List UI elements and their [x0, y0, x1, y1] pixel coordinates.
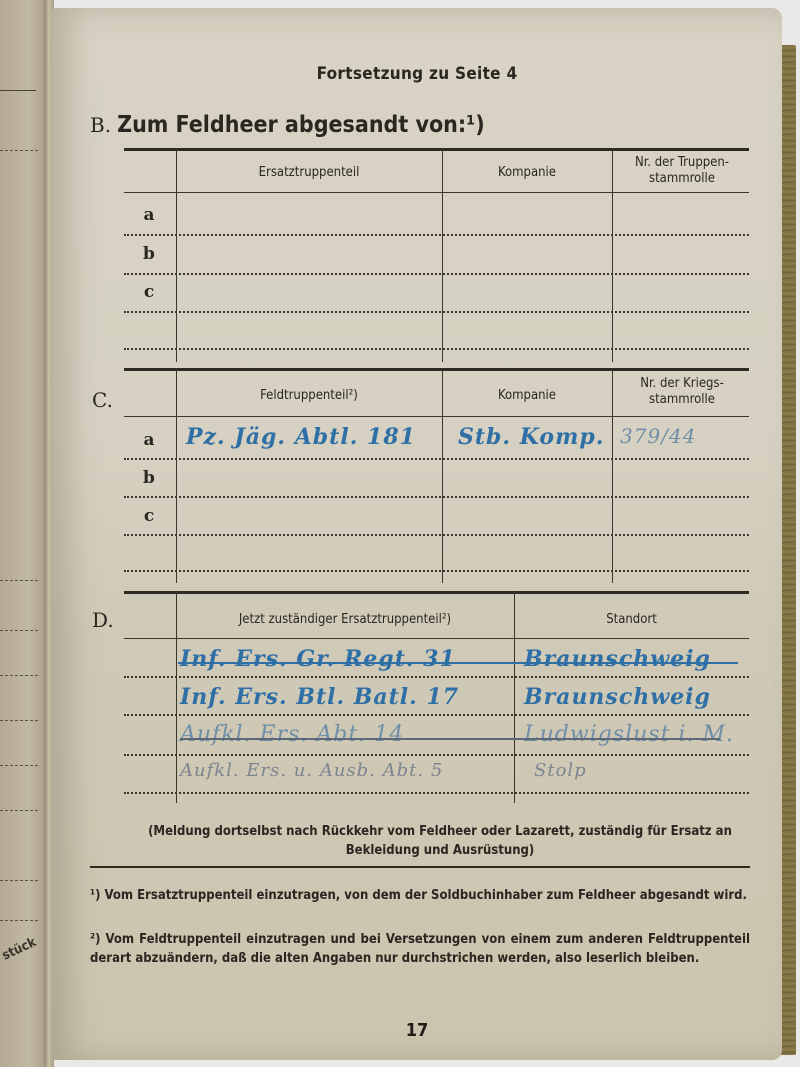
section-d-row-3-strikethrough [180, 738, 720, 740]
left-page-dotted-line [0, 580, 38, 581]
section-b-col-stammrolle-line2: stammrolle [612, 171, 752, 187]
left-page-dotted-line [0, 150, 38, 151]
left-page-word: stück [0, 935, 39, 964]
section-b-row-label-a: a [124, 205, 174, 225]
section-b-heading: Zum Feldheer abgesandt von:¹) [117, 112, 485, 138]
section-c-row-label-b: b [124, 468, 174, 488]
section-c-row-line [124, 496, 749, 498]
section-d-col-standort: Standort [514, 612, 749, 628]
section-c-row-line [124, 534, 749, 536]
section-c-header-rule [124, 416, 749, 417]
section-d-row-1-truppenteil: Inf. Ers. Gr. Regt. 31 [180, 646, 456, 672]
section-d-row-line [124, 676, 749, 678]
left-page-dotted-line [0, 630, 38, 631]
section-b-header-rule [124, 192, 749, 193]
section-d-row-1-standort: Braunschweig [524, 646, 711, 672]
section-c-col-stammrolle-line2: stammrolle [612, 392, 752, 408]
continuation-heading: Fortsetzung zu Seite 4 [52, 64, 782, 84]
section-d-row-3-standort: Ludwigslust i. M. [524, 722, 734, 747]
section-c-col-kompanie: Kompanie [442, 388, 612, 404]
section-b-col-stammrolle: Nr. der Truppen- stammrolle [612, 155, 752, 187]
section-d-letter: D. [92, 608, 114, 632]
section-b-top-rule [124, 148, 749, 151]
section-d-header-rule [124, 638, 749, 639]
section-b-col-stammrolle-line1: Nr. der Truppen- [612, 155, 752, 171]
section-d-row-line [124, 792, 749, 794]
section-c-col-feldtruppenteil: Feldtruppenteil²) [176, 388, 442, 404]
section-c-row-line [124, 570, 749, 572]
section-d-row-4-truppenteil: Aufkl. Ers. u. Ausb. Abt. 5 [180, 760, 443, 781]
left-page-dotted-line [0, 765, 38, 766]
section-d-row-2-standort: Braunschweig [524, 684, 711, 710]
section-d-col-truppenteil: Jetzt zuständiger Ersatztruppenteil²) [176, 612, 514, 628]
footnote-2: ²) Vom Feldtruppenteil einzutragen und b… [90, 930, 750, 968]
section-b-row-label-b: b [124, 244, 174, 264]
section-c-row-label-c: c [124, 506, 174, 526]
section-b-col-kompanie: Kompanie [442, 165, 612, 181]
left-page-dotted-line [0, 810, 38, 811]
left-page-dotted-line [0, 920, 38, 921]
left-page-dotted-line [0, 675, 38, 676]
left-page-dotted-line [0, 720, 38, 721]
section-c-row-label-a: a [124, 430, 174, 450]
section-c-row-a-kompanie: Stb. Komp. [458, 424, 604, 450]
section-b-letter: B. [90, 113, 111, 137]
section-b-title: B.Zum Feldheer abgesandt von:¹) [90, 112, 485, 138]
footnote-rule [90, 866, 750, 868]
section-d-row-4-standort: Stolp [534, 760, 587, 781]
section-b-row-label-c: c [124, 282, 174, 302]
section-d-row-1-strikethrough [178, 662, 738, 664]
footnote-1: ¹) Vom Ersatztruppenteil einzutragen, vo… [90, 886, 750, 905]
section-d-note: (Meldung dortselbst nach Rückkehr vom Fe… [120, 822, 760, 860]
section-c-col-stammrolle: Nr. der Kriegs- stammrolle [612, 376, 752, 408]
section-b-row-line [124, 234, 749, 236]
section-c-row-line [124, 458, 749, 460]
section-c-row-a-nr: 379/44 [620, 424, 696, 448]
section-b-col-ersatztruppenteil: Ersatztruppenteil [176, 165, 442, 181]
document-page: Fortsetzung zu Seite 4 B.Zum Feldheer ab… [52, 8, 782, 1060]
left-page-edge: stück [0, 0, 48, 1067]
section-b-row-line [124, 311, 749, 313]
section-c-letter: C. [92, 388, 113, 412]
page-number: 17 [52, 1020, 782, 1041]
section-c-row-a-truppenteil: Pz. Jäg. Abtl. 181 [186, 424, 416, 450]
section-c-top-rule [124, 368, 749, 371]
section-d-row-2-truppenteil: Inf. Ers. Btl. Batl. 17 [180, 684, 459, 710]
section-b-row-line [124, 348, 749, 350]
section-d-top-rule [124, 591, 749, 594]
section-b-row-line [124, 273, 749, 275]
section-d-row-line [124, 754, 749, 756]
left-page-dotted-line [0, 880, 38, 881]
section-d-row-line [124, 714, 749, 716]
section-c-col-stammrolle-line1: Nr. der Kriegs- [612, 376, 752, 392]
section-d-row-3-truppenteil: Aufkl. Ers. Abt. 14 [180, 722, 404, 747]
left-page-rule [0, 90, 36, 91]
